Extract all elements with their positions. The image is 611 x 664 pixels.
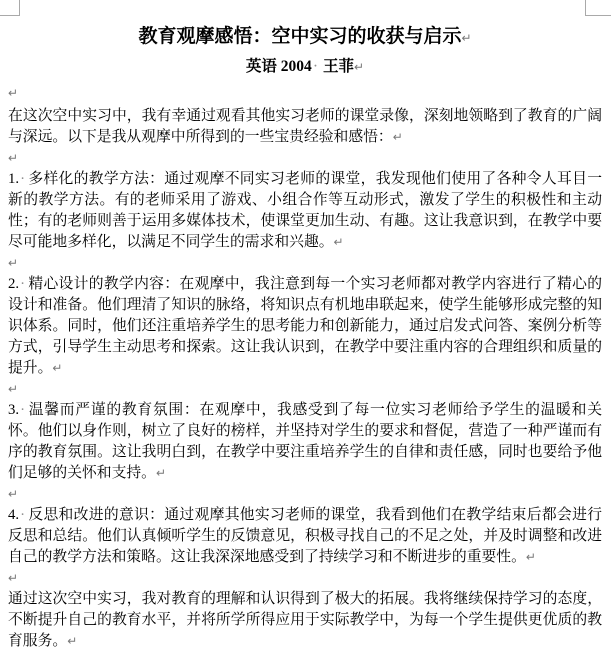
space-mark-icon: ·: [19, 507, 28, 523]
byline-name: 王菲: [323, 58, 354, 75]
item-number: 4.: [8, 507, 19, 523]
document-text-area[interactable]: 教育观摩感悟：空中实习的收获与启示↵ 英语 2004·王菲↵ ↵ 在这次空中实习…: [8, 0, 602, 652]
paragraph-mark-icon: ↵: [461, 31, 471, 45]
paragraph-mark-icon: ↵: [526, 550, 536, 564]
empty-paragraph: ↵: [8, 148, 602, 169]
paragraph-mark-icon: ↵: [334, 235, 344, 249]
paragraph-mark-icon: ↵: [8, 487, 18, 501]
intro-text: 在这次空中实习中，我有幸通过观看其他实习老师的课堂录像，深刻地领略到了教育的广阔…: [8, 108, 602, 145]
numbered-paragraph-3: 3.·温馨而严谨的教育氛围：在观摩中，我感受到了每一位实习老师给予学生的温暖和关…: [8, 400, 602, 484]
paragraph-mark-icon: ↵: [8, 86, 18, 100]
intro-paragraph: 在这次空中实习中，我有幸通过观看其他实习老师的课堂录像，深刻地领略到了教育的广阔…: [8, 106, 602, 148]
byline: 英语 2004·王菲↵: [8, 53, 602, 81]
item-text: 温馨而严谨的教育氛围：在观摩中，我感受到了每一位实习老师给予学生的温暖和关怀。他…: [8, 402, 602, 481]
paragraph-mark-icon: ↵: [52, 361, 62, 375]
closing-paragraph: 通过这次空中实习，我对教育的理解和认识得到了极大的拓展。我将继续保持学习的态度，…: [8, 589, 602, 652]
paragraph-mark-icon: ↵: [8, 151, 18, 165]
document-title: 教育观摩感悟：空中实习的收获与启示↵: [8, 22, 602, 53]
empty-paragraph: ↵: [8, 253, 602, 274]
numbered-paragraph-4: 4.·反思和改进的意识：通过观摩其他实习老师的课堂，我看到他们在教学结束后都会进…: [8, 505, 602, 568]
paragraph-mark-icon: ↵: [354, 60, 364, 74]
space-mark-icon: ·: [19, 276, 28, 292]
item-number: 2.: [8, 276, 19, 292]
empty-paragraph: ↵: [8, 81, 602, 106]
paragraph-mark-icon: ↵: [156, 466, 166, 480]
space-mark-icon: ·: [19, 171, 28, 187]
document-page: { "colors": { "page_bg": "#ffffff", "tex…: [0, 0, 611, 664]
closing-text: 通过这次空中实习，我对教育的理解和认识得到了极大的拓展。我将继续保持学习的态度，…: [8, 591, 602, 649]
empty-paragraph: ↵: [8, 568, 602, 589]
paragraph-mark-icon: ↵: [8, 256, 18, 270]
byline-class: 英语 2004: [246, 58, 312, 75]
paragraph-mark-icon: ↵: [8, 382, 18, 396]
item-number: 3.: [8, 402, 19, 418]
paragraph-mark-icon: ↵: [8, 571, 18, 585]
space-mark-icon: ·: [19, 402, 28, 418]
item-text: 反思和改进的意识：通过观摩其他实习老师的课堂，我看到他们在教学结束后都会进行反思…: [8, 507, 602, 565]
space-mark-icon: ·: [312, 58, 323, 75]
empty-paragraph: ↵: [8, 379, 602, 400]
item-number: 1.: [8, 171, 19, 187]
item-text: 多样化的教学方法：通过观摩不同实习老师的课堂，我发现他们使用了各种令人耳目一新的…: [8, 171, 602, 250]
paragraph-mark-icon: ↵: [67, 634, 77, 648]
title-text: 教育观摩感悟：空中实习的收获与启示: [138, 26, 461, 47]
numbered-paragraph-1: 1.·多样化的教学方法：通过观摩不同实习老师的课堂，我发现他们使用了各种令人耳目…: [8, 169, 602, 253]
numbered-paragraph-2: 2.·精心设计的教学内容：在观摩中，我注意到每一个实习老师都对教学内容进行了精心…: [8, 274, 602, 379]
paragraph-mark-icon: ↵: [393, 130, 403, 144]
empty-paragraph: ↵: [8, 484, 602, 505]
item-text: 精心设计的教学内容：在观摩中，我注意到每一个实习老师都对教学内容进行了精心的设计…: [8, 276, 602, 376]
